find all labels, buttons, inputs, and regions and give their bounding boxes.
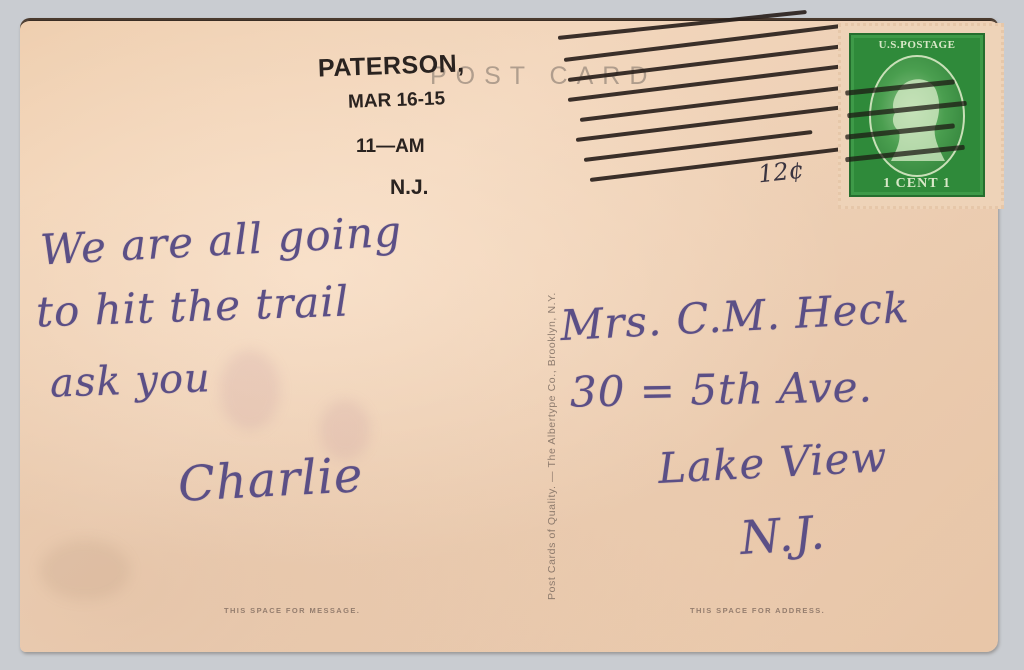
postmark-city: PATERSON, <box>318 49 466 83</box>
cancel-line <box>568 44 846 82</box>
postmark-date: MAR 16-15 <box>348 88 446 113</box>
postmark-state: N.J. <box>390 176 429 200</box>
signature: Charlie <box>177 447 365 513</box>
stamp-face: U.S.POSTAGE 1 CENT 1 <box>849 33 985 197</box>
postage-stamp: U.S.POSTAGE 1 CENT 1 <box>838 23 1004 209</box>
postmark-time: 11—AM <box>356 136 425 158</box>
cancel-line <box>568 64 846 102</box>
stain <box>40 540 130 600</box>
message-line-3: ask you <box>49 355 211 407</box>
message-space-label: THIS SPACE FOR MESSAGE. <box>224 606 360 615</box>
washington-portrait-icon <box>869 55 965 177</box>
stamp-top-text: U.S.POSTAGE <box>851 39 983 51</box>
stamp-bottom-text: 1 CENT 1 <box>851 176 983 192</box>
cancel-line <box>576 105 849 142</box>
cancellation-lines <box>550 18 850 188</box>
stain <box>220 350 280 430</box>
cancel-line <box>564 24 842 62</box>
address-space-label: THIS SPACE FOR ADDRESS. <box>690 606 825 615</box>
publisher-line: Post Cards of Quality. — The Albertype C… <box>546 292 558 600</box>
pencil-price-note: 12¢ <box>757 156 805 189</box>
address-line-4: N.J. <box>738 505 827 565</box>
address-line-2: 30 = 5th Ave. <box>570 362 874 416</box>
